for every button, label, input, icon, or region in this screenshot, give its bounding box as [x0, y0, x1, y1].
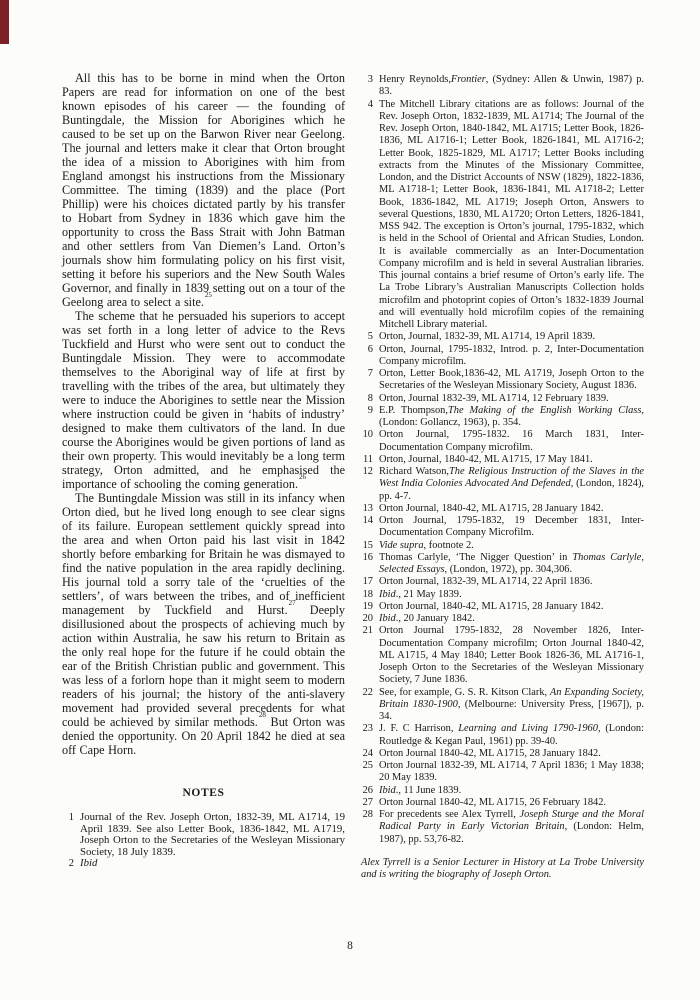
- footnote-text: Orton Journal, 1840-42, ML A1715, 28 Jan…: [379, 503, 644, 515]
- footnote-item: 16 Thomas Carlyle, ‘The Nigger Question’…: [361, 552, 644, 577]
- footnote-text: Richard Watson,The Religious Instruction…: [379, 466, 644, 503]
- author-bio: Alex Tyrrell is a Senior Lecturer in His…: [361, 857, 644, 882]
- footnote-item: 12 Richard Watson,The Religious Instruct…: [361, 466, 644, 503]
- footnote-text: Orton, Letter Book,1836-42, ML A1719, Jo…: [379, 368, 644, 393]
- footnote-number: 6: [361, 344, 373, 369]
- footnote-item: 19 Orton Journal, 1840-42, ML A1715, 28 …: [361, 601, 644, 613]
- footnote-text: Orton Journal, 1795-1832. 16 March 1831,…: [379, 429, 644, 454]
- footnote-number: 10: [361, 429, 373, 454]
- footnote-number: 17: [361, 576, 373, 588]
- footnote-text: See, for example, G. S. R. Kitson Clark,…: [379, 687, 644, 724]
- footnote-number: 16: [361, 552, 373, 577]
- footnote-item: 11 Orton, Journal, 1840-42, ML A1715, 17…: [361, 454, 644, 466]
- page-number: 8: [0, 940, 700, 952]
- footnote-item: 21 Orton Journal 1795-1832, 28 November …: [361, 625, 644, 686]
- footnote-item: 27 Orton Journal 1840-42, ML A1715, 26 F…: [361, 797, 644, 809]
- footnote-item: 15 Vide supra, footnote 2.: [361, 540, 644, 552]
- footnote-item: 7 Orton, Letter Book,1836-42, ML A1719, …: [361, 368, 644, 393]
- right-column: 3 Henry Reynolds,Frontier, (Sydney: Alle…: [361, 74, 644, 881]
- footnote-number: 4: [361, 99, 373, 332]
- footnotes-left: 1 Journal of the Rev. Joseph Orton, 1832…: [62, 812, 345, 870]
- article-body: All this has to be borne in mind when th…: [62, 71, 345, 757]
- footnote-number: 25: [361, 760, 373, 785]
- footnote-text: Orton Journal, 1840-42, ML A1715, 28 Jan…: [379, 601, 644, 613]
- footnote-text: Vide supra, footnote 2.: [379, 540, 644, 552]
- footnote-number: 1: [62, 812, 74, 858]
- footnote-number: 2: [62, 858, 74, 870]
- footnote-text: Orton, Journal, 1840-42, ML A1715, 17 Ma…: [379, 454, 644, 466]
- footnote-item: 17 Orton Journal, 1832-39, ML A1714, 22 …: [361, 576, 644, 588]
- footnote-number: 9: [361, 405, 373, 430]
- footnote-number: 12: [361, 466, 373, 503]
- footnote-number: 24: [361, 748, 373, 760]
- footnote-text: For precedents see Alex Tyrrell, Joseph …: [379, 809, 644, 846]
- footnote-number: 7: [361, 368, 373, 393]
- footnote-item: 5 Orton, Journal, 1832-39, ML A1714, 19 …: [361, 331, 644, 343]
- footnote-item: 23 J. F. C Harrison, Learning and Living…: [361, 723, 644, 748]
- footnote-text: E.P. Thompson,The Making of the English …: [379, 405, 644, 430]
- footnote-item: 9 E.P. Thompson,The Making of the Englis…: [361, 405, 644, 430]
- footnote-item: 14 Orton Journal, 1795-1832, 19 December…: [361, 515, 644, 540]
- footnote-text: Orton, Journal 1832-39, ML A1714, 12 Feb…: [379, 393, 644, 405]
- footnote-item: 8 Orton, Journal 1832-39, ML A1714, 12 F…: [361, 393, 644, 405]
- footnote-number: 26: [361, 785, 373, 797]
- footnote-item: 24 Orton Journal 1840-42, ML A1715, 28 J…: [361, 748, 644, 760]
- footnote-text: Ibid., 11 June 1839.: [379, 785, 644, 797]
- footnote-text: Orton Journal 1832-39, ML A1714, 7 April…: [379, 760, 644, 785]
- footnote-item: 25 Orton Journal 1832-39, ML A1714, 7 Ap…: [361, 760, 644, 785]
- footnote-number: 20: [361, 613, 373, 625]
- footnote-item: 2 Ibid: [62, 858, 345, 870]
- footnote-number: 19: [361, 601, 373, 613]
- footnote-item: 4 The Mitchell Library citations are as …: [361, 99, 644, 332]
- footnote-item: 6 Orton, Journal, 1795-1832, Introd. p. …: [361, 344, 644, 369]
- footnote-number: 15: [361, 540, 373, 552]
- journal-page: All this has to be borne in mind when th…: [0, 0, 700, 1000]
- footnote-text: Orton Journal, 1795-1832, 19 December 18…: [379, 515, 644, 540]
- footnote-item: 20 Ibid., 20 January 1842.: [361, 613, 644, 625]
- footnote-number: 3: [361, 74, 373, 99]
- footnote-number: 23: [361, 723, 373, 748]
- article-paragraph: All this has to be borne in mind when th…: [62, 71, 345, 309]
- footnote-number: 11: [361, 454, 373, 466]
- footnote-text: Henry Reynolds,Frontier, (Sydney: Allen …: [379, 74, 644, 99]
- footnote-text: Orton Journal, 1832-39, ML A1714, 22 Apr…: [379, 576, 644, 588]
- footnote-item: 26 Ibid., 11 June 1839.: [361, 785, 644, 797]
- footnote-text: Orton, Journal, 1795-1832, Introd. p. 2,…: [379, 344, 644, 369]
- footnote-item: 22 See, for example, G. S. R. Kitson Cla…: [361, 687, 644, 724]
- footnote-number: 14: [361, 515, 373, 540]
- footnotes-right: 3 Henry Reynolds,Frontier, (Sydney: Alle…: [361, 74, 644, 846]
- footnote-number: 18: [361, 589, 373, 601]
- footnote-item: 13 Orton Journal, 1840-42, ML A1715, 28 …: [361, 503, 644, 515]
- footnote-number: 8: [361, 393, 373, 405]
- footnote-item: 10 Orton Journal, 1795-1832. 16 March 18…: [361, 429, 644, 454]
- footnote-text: Journal of the Rev. Joseph Orton, 1832-3…: [80, 812, 345, 858]
- footnote-number: 21: [361, 625, 373, 686]
- footnote-text: Orton Journal 1840-42, ML A1715, 28 Janu…: [379, 748, 644, 760]
- scan-corner-mark: [0, 0, 9, 44]
- footnote-number: 28: [361, 809, 373, 846]
- footnote-number: 5: [361, 331, 373, 343]
- footnote-item: 1 Journal of the Rev. Joseph Orton, 1832…: [62, 812, 345, 858]
- footnote-item: 28 For precedents see Alex Tyrrell, Jose…: [361, 809, 644, 846]
- footnote-item: 3 Henry Reynolds,Frontier, (Sydney: Alle…: [361, 74, 644, 99]
- article-paragraph: The scheme that he persuaded his superio…: [62, 309, 345, 491]
- footnote-text: Thomas Carlyle, ‘The Nigger Question’ in…: [379, 552, 644, 577]
- footnote-text: Orton, Journal, 1832-39, ML A1714, 19 Ap…: [379, 331, 644, 343]
- footnote-item: 18 Ibid., 21 May 1839.: [361, 589, 644, 601]
- footnote-number: 13: [361, 503, 373, 515]
- footnote-number: 27: [361, 797, 373, 809]
- footnote-text: Ibid., 20 January 1842.: [379, 613, 644, 625]
- footnote-text: Ibid., 21 May 1839.: [379, 589, 644, 601]
- left-column: All this has to be borne in mind when th…: [62, 71, 345, 870]
- footnote-text: The Mitchell Library citations are as fo…: [379, 99, 644, 332]
- footnote-text: Orton Journal 1840-42, ML A1715, 26 Febr…: [379, 797, 644, 809]
- footnote-text: Ibid: [80, 858, 345, 870]
- footnote-text: J. F. C Harrison, Learning and Living 17…: [379, 723, 644, 748]
- article-paragraph: The Buntingdale Mission was still in its…: [62, 491, 345, 757]
- notes-heading: NOTES: [62, 787, 345, 799]
- footnote-number: 22: [361, 687, 373, 724]
- footnote-text: Orton Journal 1795-1832, 28 November 182…: [379, 625, 644, 686]
